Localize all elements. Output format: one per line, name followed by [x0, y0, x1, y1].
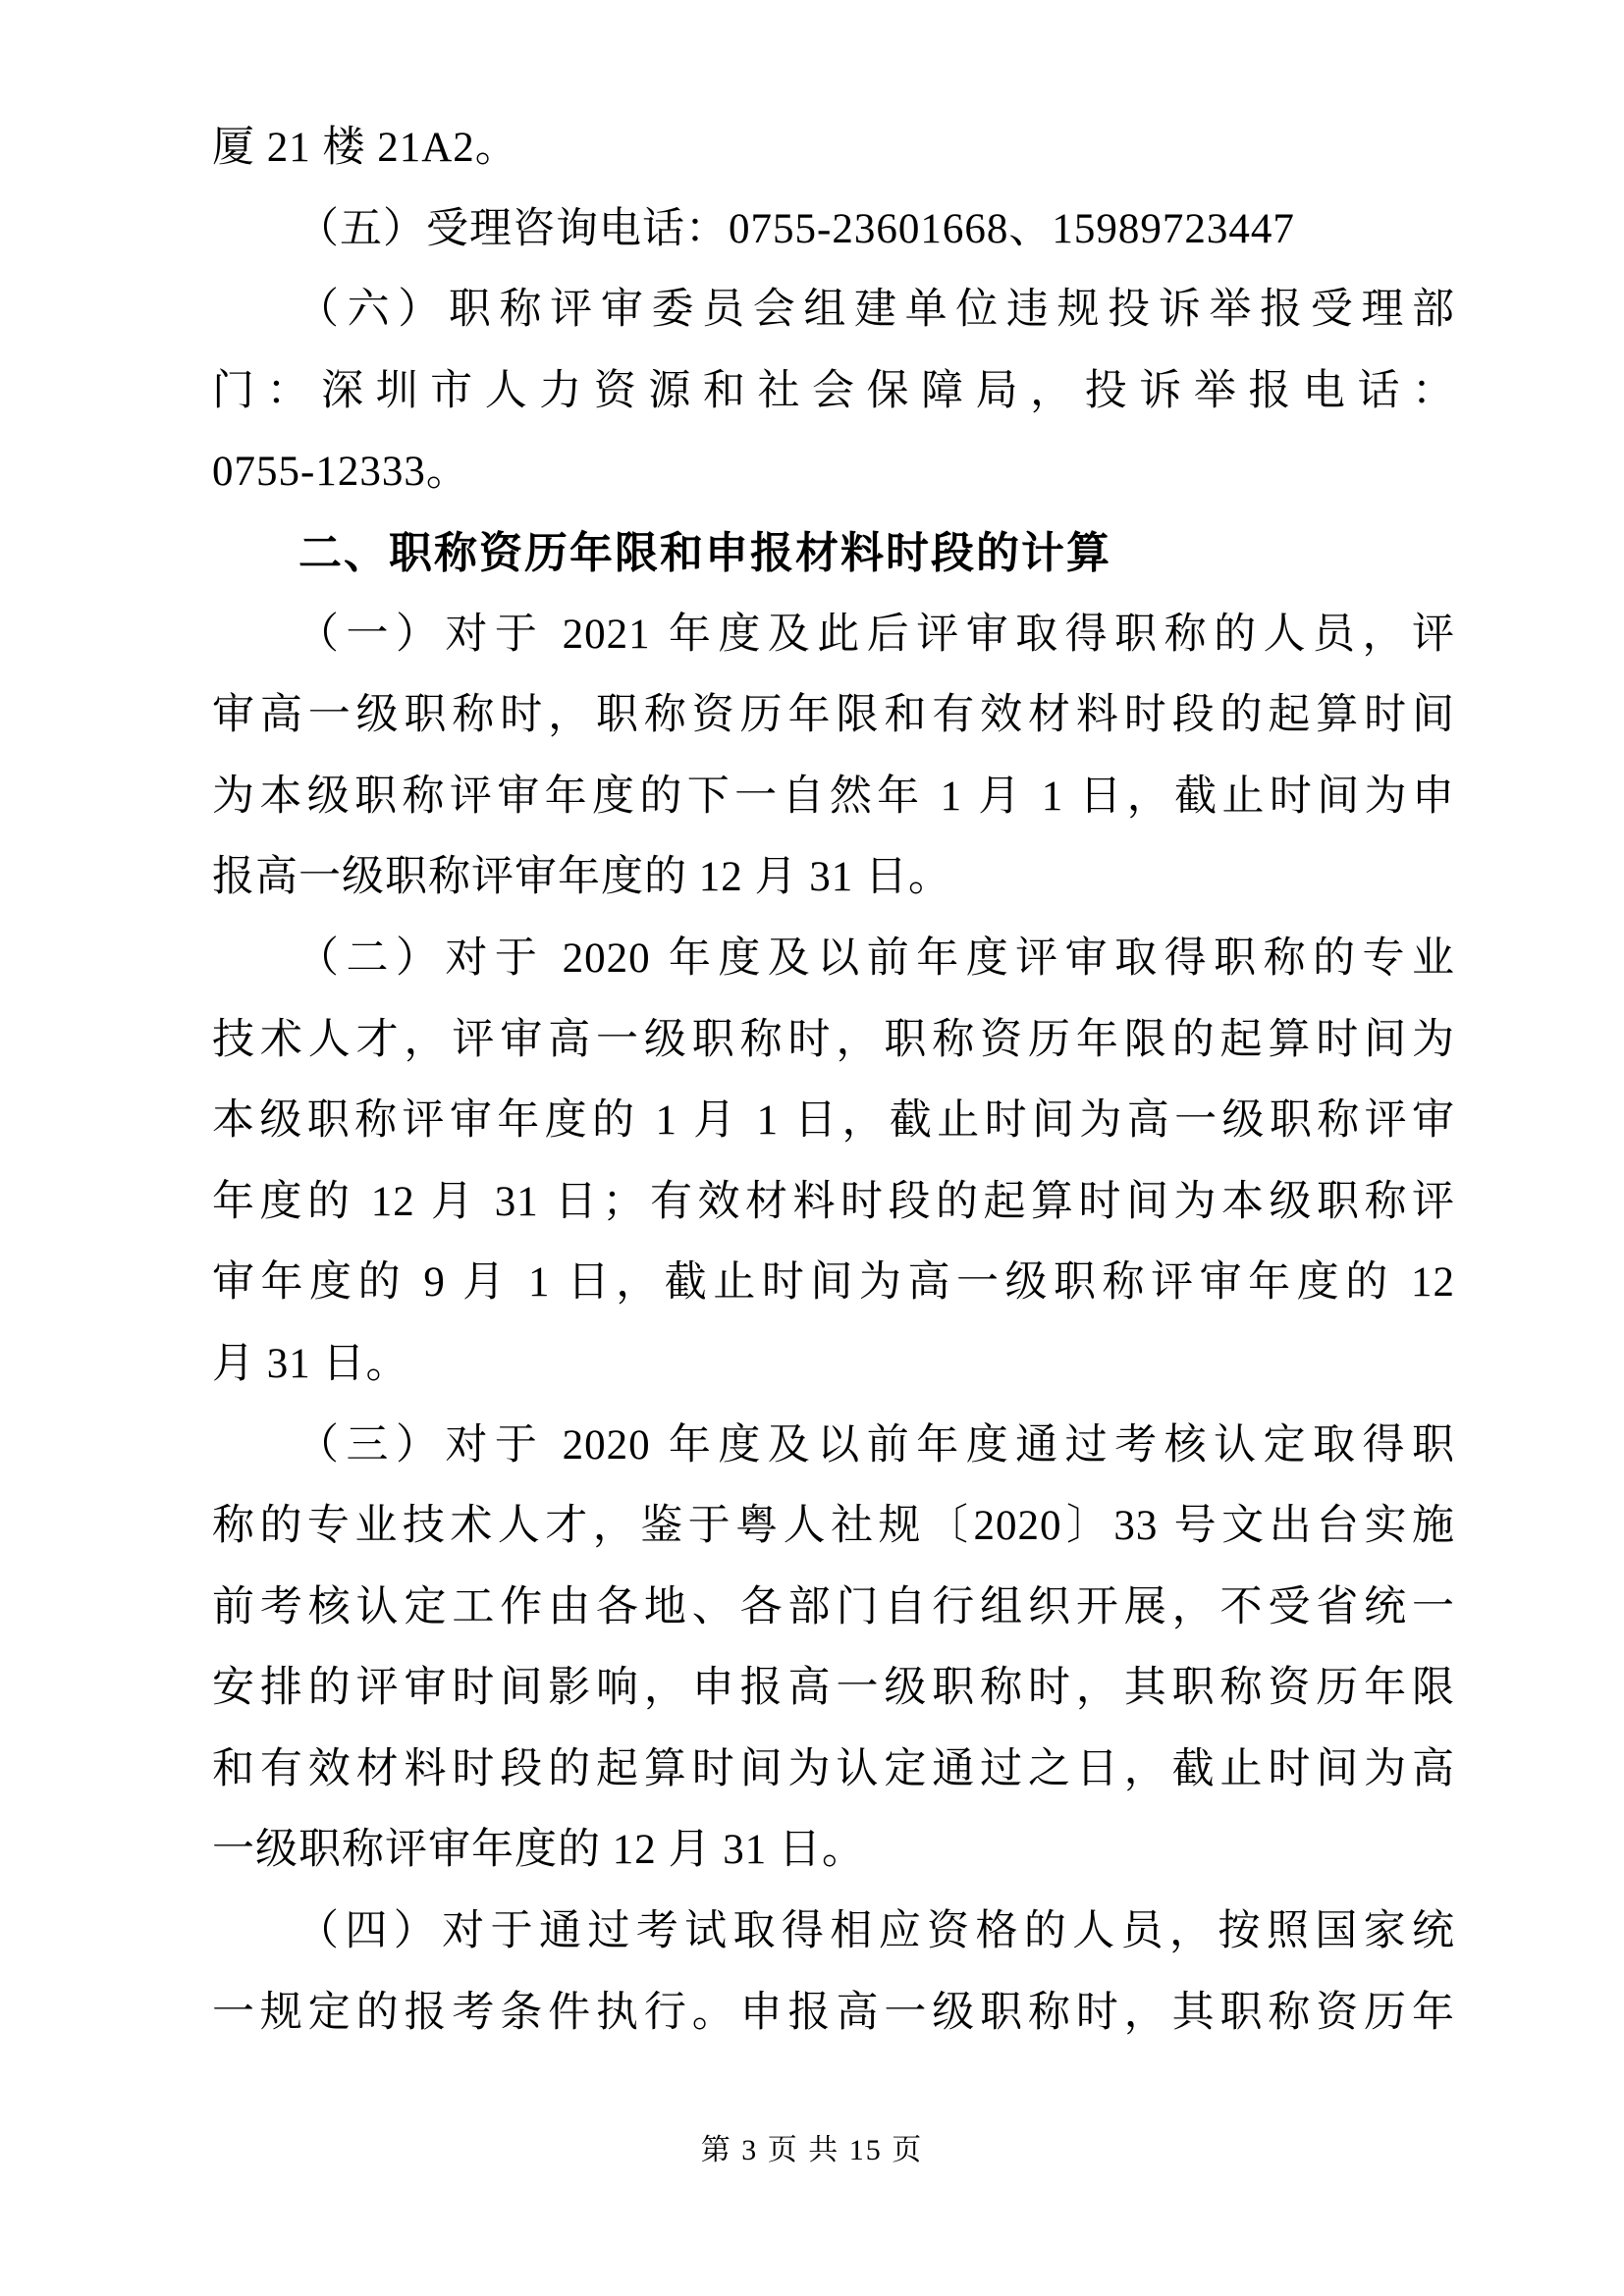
document-line: （五）受理咨询电话：0755-23601668、15989723447 [212, 189, 1455, 271]
document-body: 厦 21 楼 21A2。 （五）受理咨询电话：0755-23601668、159… [212, 108, 1455, 2054]
document-line: （六）职称评审委员会组建单位违规投诉举报受理部 [212, 270, 1455, 351]
document-line: 安排的评审时间影响，申报高一级职称时，其职称资历年限 [212, 1648, 1455, 1730]
document-line: （三）对于 2020 年度及以前年度通过考核认定取得职 [212, 1406, 1455, 1487]
document-line: 审高一级职称时，职称资历年限和有效材料时段的起算时间 [212, 675, 1455, 757]
document-line: 门：深圳市人力资源和社会保障局，投诉举报电话： [212, 351, 1455, 433]
document-line: 前考核认定工作由各地、各部门自行组织开展，不受省统一 [212, 1568, 1455, 1649]
document-line: 报高一级职称评审年度的 12 月 31 日。 [212, 837, 1455, 919]
section-heading: 二、职称资历年限和申报材料时段的计算 [212, 513, 1455, 595]
document-line: 称的专业技术人才，鉴于粤人社规〔2020〕33 号文出台实施 [212, 1486, 1455, 1568]
document-line: 一规定的报考条件执行。申报高一级职称时，其职称资历年 [212, 1973, 1455, 2055]
document-line: （四）对于通过考试取得相应资格的人员，按照国家统 [212, 1892, 1455, 1973]
document-line: 月 31 日。 [212, 1324, 1455, 1406]
page-number: 第 3 页 共 15 页 [0, 2132, 1624, 2169]
document-line: 一级职称评审年度的 12 月 31 日。 [212, 1810, 1455, 1892]
document-line: 本级职称评审年度的 1 月 1 日，截止时间为高一级职称评审 [212, 1081, 1455, 1162]
document-line: （二）对于 2020 年度及以前年度评审取得职称的专业 [212, 919, 1455, 1000]
document-line: 年度的 12 月 31 日；有效材料时段的起算时间为本级职称评 [212, 1162, 1455, 1244]
document-line: 为本级职称评审年度的下一自然年 1 月 1 日，截止时间为申 [212, 757, 1455, 838]
document-line: 0755-12333。 [212, 432, 1455, 513]
document-line: 厦 21 楼 21A2。 [212, 108, 1455, 189]
document-line: 审年度的 9 月 1 日，截止时间为高一级职称评审年度的 12 [212, 1243, 1455, 1324]
document-line: （一）对于 2021 年度及此后评审取得职称的人员，评 [212, 595, 1455, 676]
document-page: 厦 21 楼 21A2。 （五）受理咨询电话：0755-23601668、159… [0, 0, 1624, 2296]
document-line: 和有效材料时段的起算时间为认定通过之日，截止时间为高 [212, 1730, 1455, 1811]
document-line: 技术人才，评审高一级职称时，职称资历年限的起算时间为 [212, 1000, 1455, 1082]
